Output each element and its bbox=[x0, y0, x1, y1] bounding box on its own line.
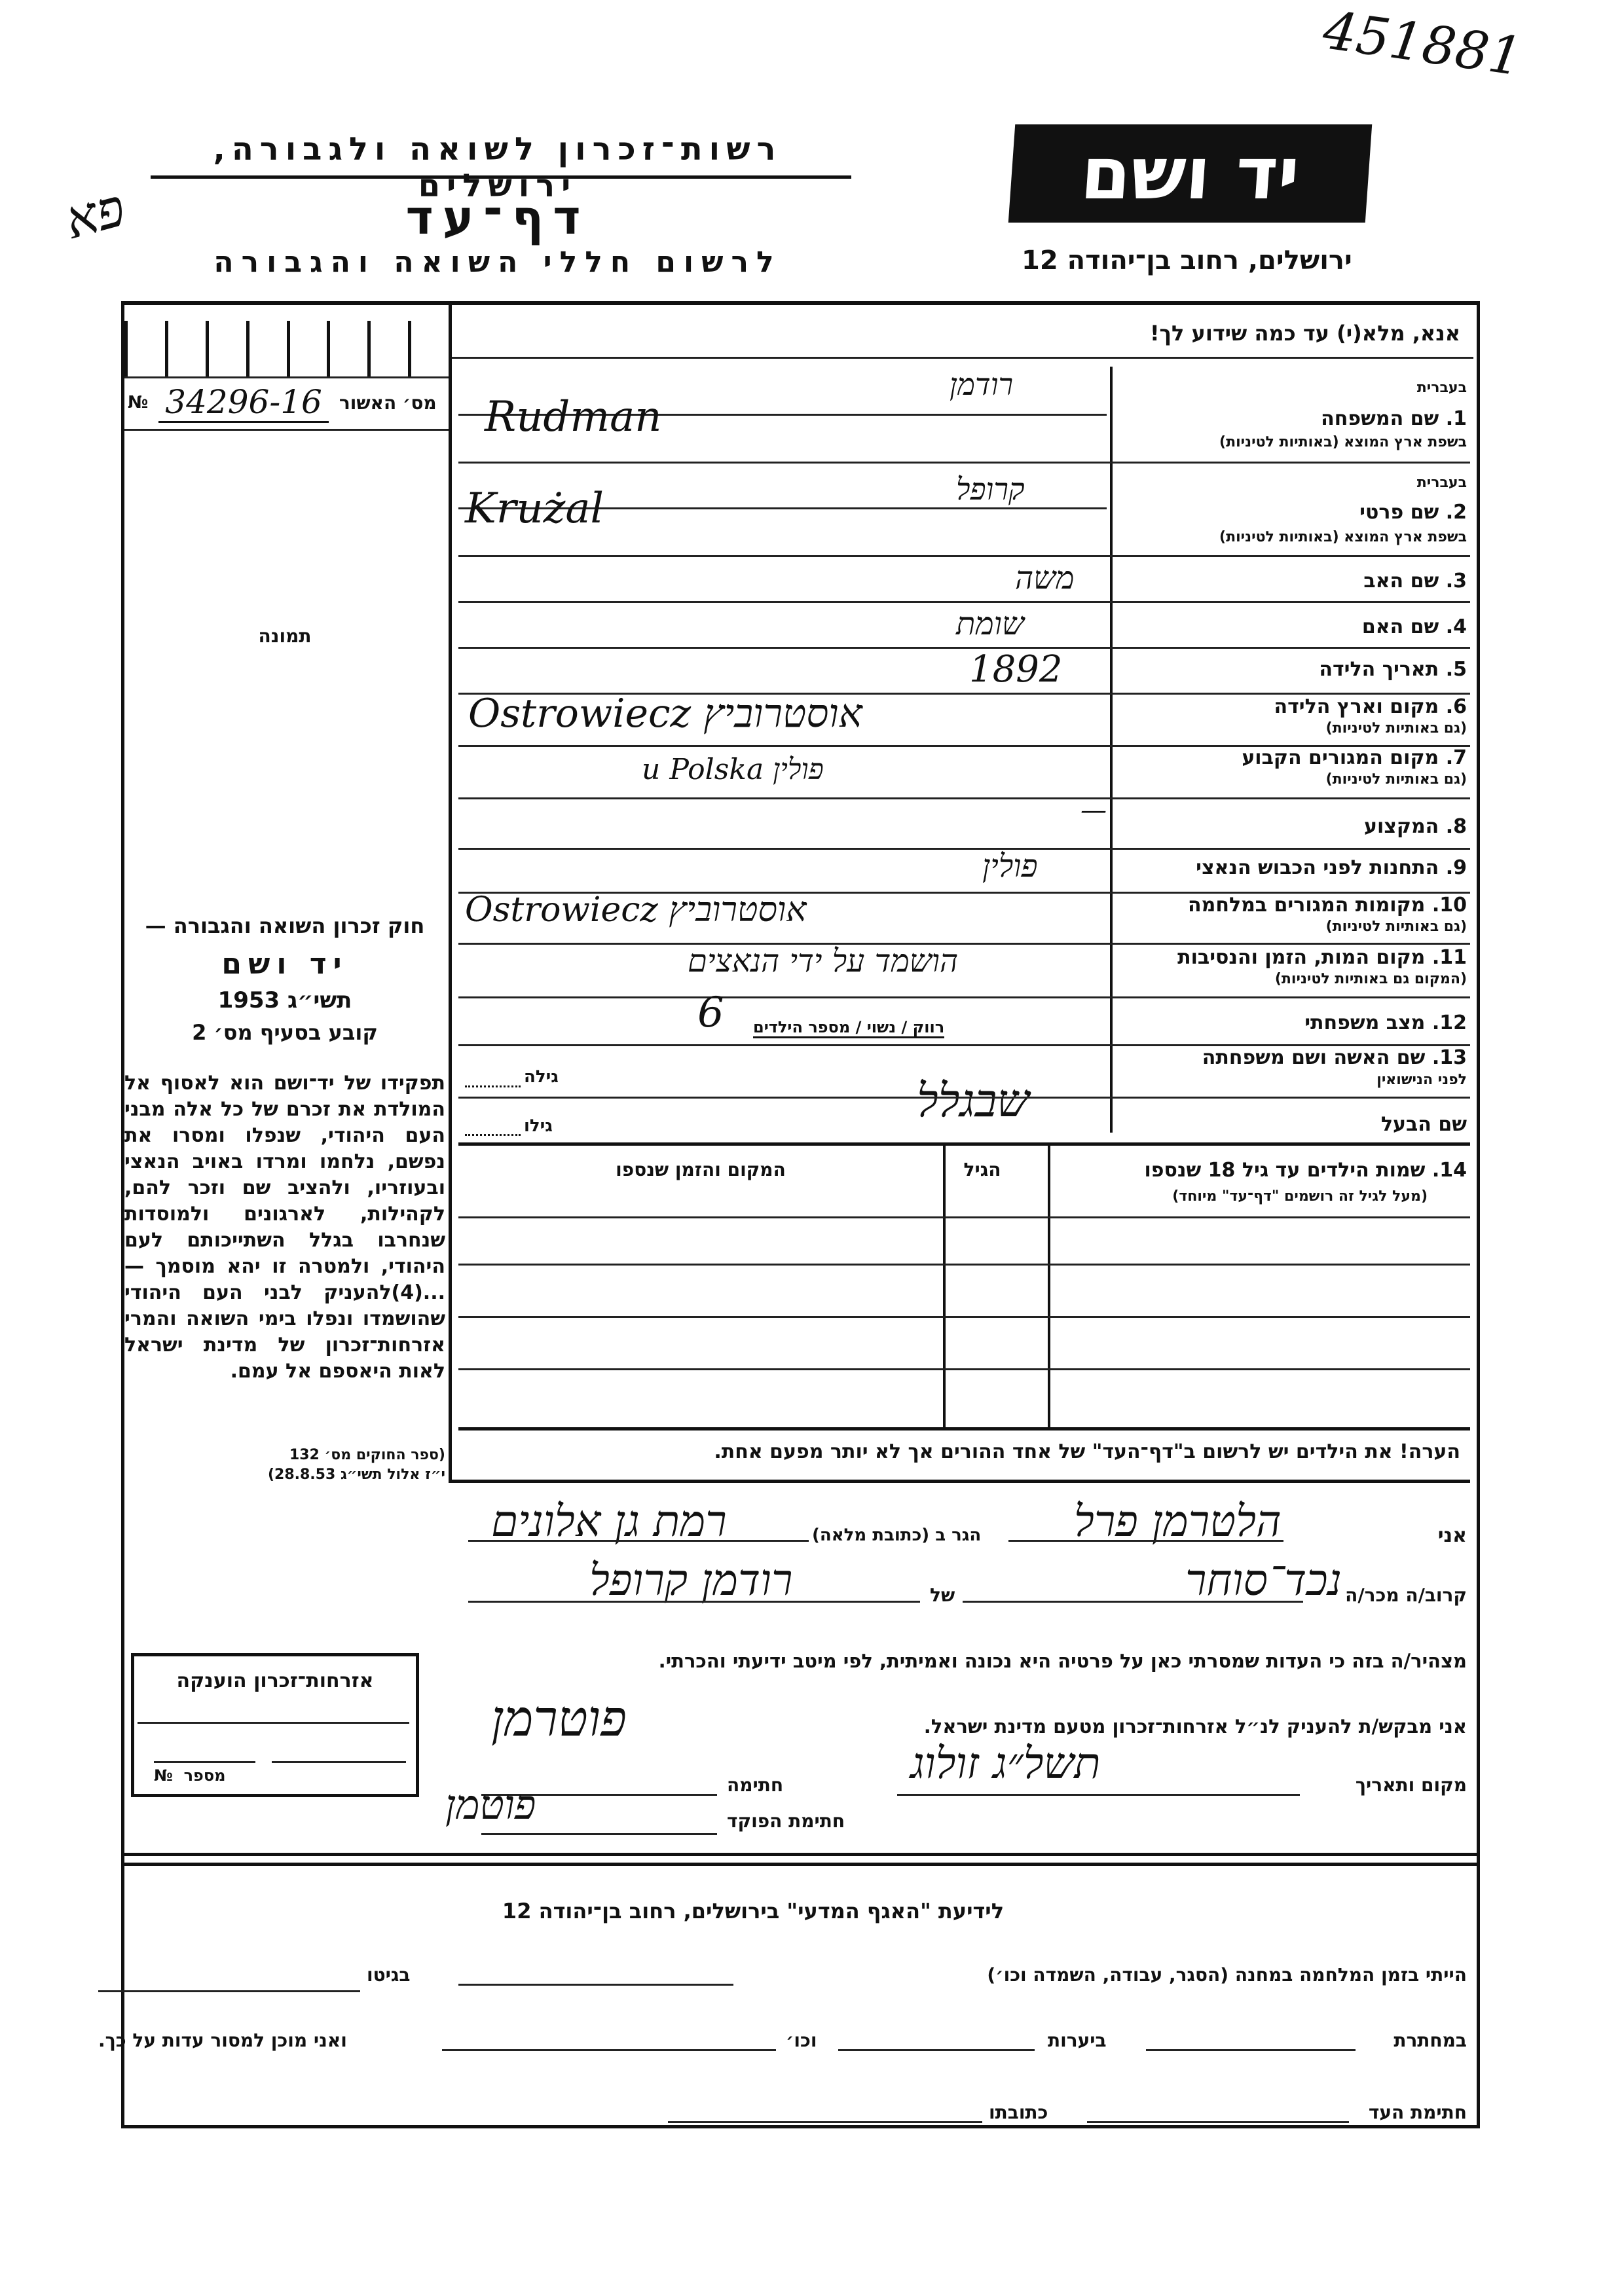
approval-number: № 34296-16 מס׳ האשור bbox=[128, 383, 442, 422]
page-title: דף־עד bbox=[144, 190, 851, 245]
pre-war-residence: פולין bbox=[982, 848, 1038, 884]
instruction: אנא, מלא(י) עד כמה שידוע לך! bbox=[458, 321, 1460, 346]
label-divider bbox=[1110, 367, 1113, 1133]
death-circumstances: הושמד על ידי הנאצים bbox=[688, 943, 958, 979]
mother-name: שומת bbox=[956, 606, 1024, 642]
wife-name: שבגלל bbox=[917, 1074, 1029, 1128]
children-table-hint: (מעל לגיל זה רושמים "דף־עד" מיוחד) bbox=[1172, 1188, 1428, 1205]
table-row bbox=[458, 1316, 1470, 1318]
signature-label: חתימה bbox=[727, 1774, 783, 1796]
citizenship-request: אני מבקש/ת להעניק לנ״ל אזרחות־זכרון מטעם… bbox=[747, 1715, 1467, 1738]
column-age: הגיל bbox=[950, 1159, 1015, 1180]
citizenship-stamp-box: אזרחות־זכרון הוענקה № מספר bbox=[131, 1653, 419, 1797]
first-name-hebrew: קרופל bbox=[956, 471, 1025, 507]
column-place-time: המקום והזמן שנספו bbox=[537, 1159, 864, 1180]
law-body: תפקידו של יד־ושם הוא לאסוף אל המולדת את … bbox=[124, 1070, 445, 1385]
place-date-label: מקום ותאריך bbox=[1356, 1774, 1467, 1796]
law-citation-2: י״ז אלול תשי״ג 28.8.53) bbox=[124, 1467, 445, 1483]
footer-ghetto-label: בגיטו bbox=[367, 1964, 410, 1986]
ghetto-input-line[interactable] bbox=[98, 1990, 360, 1992]
birth-place: Ostrowiecz אוסטרוביץ bbox=[468, 691, 862, 737]
archive-number: 451881 bbox=[1319, 0, 1526, 88]
approval-value: 34296-16 bbox=[158, 383, 329, 423]
declaration-i-label: אני bbox=[1438, 1524, 1467, 1547]
table-row bbox=[458, 1264, 1470, 1266]
residing-label: הגר ב (כתובת מלאה) bbox=[812, 1525, 981, 1545]
footer-camp-label: הייתי בזמן המלחמה במחנה (הסגר, עבודה, הש… bbox=[987, 1964, 1467, 1986]
law-excerpt: חוק זכרון השואה והגבורה — יד ושם תשי״ג 1… bbox=[124, 913, 445, 1045]
of-value: רודמן קרופל bbox=[589, 1555, 792, 1606]
birth-date: 1892 bbox=[969, 648, 1063, 691]
witness-signature-label: חתימת העד bbox=[1369, 2102, 1467, 2123]
family-name-hebrew: רודמן bbox=[950, 367, 1013, 402]
stamp-title: אזרחות־זכרון הוענקה bbox=[134, 1669, 416, 1692]
father-name: משה bbox=[1015, 560, 1075, 596]
declaration-statement: מצהיר/ה בזה כי העדות שמסרתי כאן על פרטיה… bbox=[465, 1650, 1467, 1672]
marital-status-options: רווק / נשוי / מספר הילדים bbox=[753, 1018, 944, 1038]
family-name-latin: Rudman bbox=[485, 393, 661, 441]
note: הערה! את הילדים יש לרשום ב"דף־העד" של אח… bbox=[471, 1440, 1460, 1463]
place-date-value: תשל״ג זולוג bbox=[910, 1738, 1101, 1789]
children-table-title: 14. שמות הילדים עד גיל 18 שנספו bbox=[1144, 1159, 1467, 1182]
relation-value: נכד־סוחר bbox=[1185, 1555, 1342, 1606]
footer-forests-label: ביערות bbox=[1048, 2030, 1107, 2051]
law-heading: חוק זכרון השואה והגבורה — bbox=[124, 913, 445, 938]
footer-underground-label: במחתרת bbox=[1393, 2030, 1467, 2051]
page-subtitle: לרשום חללי השואה והגבורה bbox=[144, 246, 851, 279]
wife-age-label: גילה bbox=[524, 1067, 559, 1087]
logo-text: יד ושם bbox=[1078, 132, 1302, 215]
footer-testimony-statement: ואני מוכן למסור עדות על כך. bbox=[98, 2030, 347, 2051]
permanent-residence: u Polska פולין bbox=[642, 753, 824, 786]
footer-title: לידיעת "האגף המדעי" בירושלים, רחוב בן־יה… bbox=[327, 1899, 1179, 1923]
witness-address-label: כתובתו bbox=[989, 2102, 1048, 2123]
law-year: תשי״ג 1953 bbox=[124, 987, 445, 1013]
officer-signature-label: חתימת הפוקד bbox=[727, 1810, 845, 1832]
request-handwritten: פוטרמן bbox=[491, 1689, 627, 1748]
law-citation-1: (ספר החוקים מס׳ 132 bbox=[124, 1447, 445, 1463]
law-section: קובע בסעיף מס׳ 2 bbox=[124, 1020, 445, 1045]
of-label: של bbox=[930, 1584, 955, 1606]
handwritten-mark: פא bbox=[58, 177, 131, 251]
photo-cells bbox=[124, 321, 452, 376]
table-row bbox=[458, 1368, 1470, 1370]
law-name: יד ושם bbox=[124, 947, 445, 981]
camp-input-line[interactable] bbox=[458, 1984, 733, 1986]
relation-label: קרוב/ה מכר/ה bbox=[1345, 1584, 1467, 1606]
officer-signature: פוטמן bbox=[445, 1781, 536, 1829]
footer-etc-label: וכו׳ bbox=[786, 2030, 817, 2051]
divider bbox=[151, 175, 851, 179]
photo-label: תמונה bbox=[124, 625, 445, 647]
husband-age-label: גילו bbox=[524, 1116, 553, 1136]
children-count: 6 bbox=[697, 989, 724, 1037]
yad-vashem-logo: יד ושם bbox=[1008, 124, 1372, 223]
approval-label: מס׳ האשור bbox=[339, 392, 437, 414]
first-name-latin: Krużal bbox=[465, 484, 604, 533]
column-divider bbox=[449, 304, 452, 1483]
address: ירושלים, רחוב בן־יהודה 12 bbox=[1022, 246, 1352, 276]
profession: — bbox=[1080, 795, 1107, 826]
wartime-residence: Ostrowiecz אוסטרוביץ bbox=[465, 890, 806, 930]
